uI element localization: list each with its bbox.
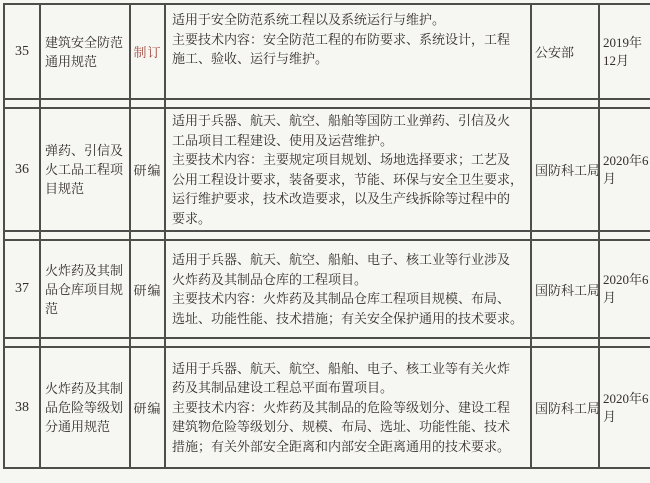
status-cell: 研编 — [130, 108, 165, 231]
table-row: 37 火炸药及其制 品仓库项目规 范 研编 适用于兵器、航天、航空、船舶、电子、… — [4, 240, 650, 338]
seq-cell: 36 — [4, 108, 40, 231]
standards-table: 35 建筑安全防范 通用规范 制订 适用于安全防范系统工程以及系统运行与维护。 … — [3, 3, 650, 469]
content-cell: 适用于兵器、航天、航空、船舶、电子、核工业等有关火炸 药及其制品建设工程总平面布… — [165, 347, 531, 468]
name-cell: 火炸药及其制 品危险等级划 分通用规范 — [40, 347, 130, 468]
name-cell: 火炸药及其制 品仓库项目规 范 — [40, 240, 130, 338]
department-cell: 公安部 — [531, 4, 599, 99]
name-cell: 弹药、引信及 火工品工程项 目规范 — [40, 108, 130, 231]
table-row: 38 火炸药及其制 品危险等级划 分通用规范 研编 适用于兵器、航天、航空、船舶… — [4, 347, 650, 468]
seq-cell: 35 — [4, 4, 40, 99]
department-cell: 国防科工局 — [531, 108, 599, 231]
date-cell: 2019年 12月 — [599, 4, 650, 99]
status-cell: 研编 — [130, 240, 165, 338]
seq-cell: 37 — [4, 240, 40, 338]
scanned-document-page: 35 建筑安全防范 通用规范 制订 适用于安全防范系统工程以及系统运行与维护。 … — [0, 0, 650, 483]
date-cell: 2020年6 月 — [599, 108, 650, 231]
content-cell: 适用于兵器、航天、航空、船舶等国防工业弹药、引信及火 工品项目工程建设、使用及运… — [165, 108, 531, 231]
row-gap — [4, 99, 650, 108]
content-cell: 适用于安全防范系统工程以及系统运行与维护。 主要技术内容：安全防范工程的布防要求… — [165, 4, 531, 99]
table-row: 36 弹药、引信及 火工品工程项 目规范 研编 适用于兵器、航天、航空、船舶等国… — [4, 108, 650, 231]
content-cell: 适用于兵器、航天、航空、船舶、电子、核工业等行业涉及 火炸药及其制品仓库的工程项… — [165, 240, 531, 338]
row-gap — [4, 231, 650, 240]
status-cell: 研编 — [130, 347, 165, 468]
table-row: 35 建筑安全防范 通用规范 制订 适用于安全防范系统工程以及系统运行与维护。 … — [4, 4, 650, 99]
seq-cell: 38 — [4, 347, 40, 468]
row-gap — [4, 338, 650, 347]
department-cell: 国防科工局 — [531, 347, 599, 468]
name-cell: 建筑安全防范 通用规范 — [40, 4, 130, 99]
date-cell: 2020年6 月 — [599, 347, 650, 468]
status-cell: 制订 — [130, 4, 165, 99]
date-cell: 2020年6 月 — [599, 240, 650, 338]
department-cell: 国防科工局 — [531, 240, 599, 338]
